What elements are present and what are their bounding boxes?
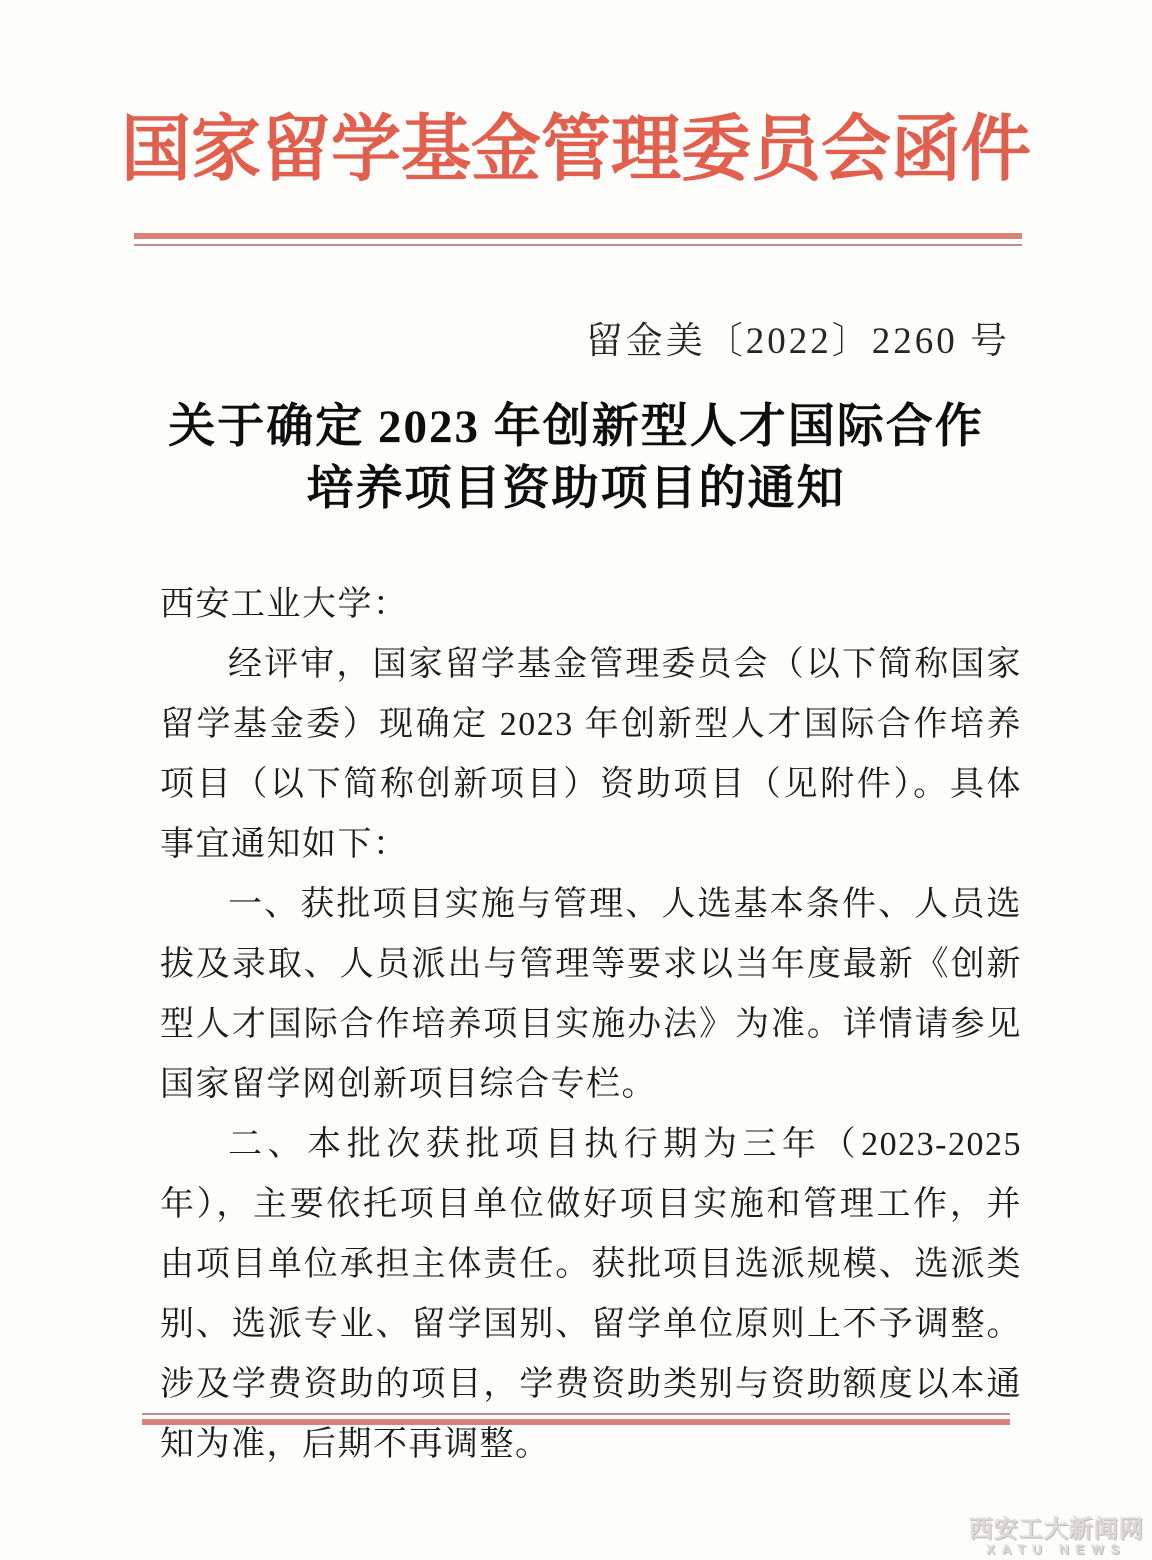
document-number: 留金美〔2022〕2260 号	[586, 310, 1010, 364]
document-title: 关于确定 2023 年创新型人才国际合作 培养项目资助项目的通知	[0, 396, 1152, 520]
salutation: 西安工业大学：	[160, 575, 1022, 635]
document-body: 西安工业大学： 经评审，国家留学基金管理委员会（以下简称国家留学基金委）现确定 …	[160, 575, 1022, 1475]
footer-rule-thick	[142, 1419, 1010, 1425]
watermark-latin-text: XATU NEWS	[969, 1542, 1144, 1557]
body-paragraph-1: 经评审，国家留学基金管理委员会（以下简称国家留学基金委）现确定 2023 年创新…	[160, 635, 1022, 875]
document-title-line1: 关于确定 2023 年创新型人才国际合作	[0, 396, 1152, 458]
news-site-watermark: 西安工大新闻网 XATU NEWS	[969, 1518, 1144, 1557]
official-letter-page: 国家留学基金管理委员会函件 留金美〔2022〕2260 号 关于确定 2023 …	[0, 0, 1152, 1560]
header-rule-thin	[134, 244, 1022, 246]
watermark-chinese-text: 西安工大新闻网	[969, 1518, 1144, 1542]
letterhead-title: 国家留学基金管理委员会函件	[0, 91, 1152, 196]
footer-double-rule	[142, 1413, 1010, 1425]
body-paragraph-2: 一、获批项目实施与管理、人选基本条件、人员选拔及录取、人员派出与管理等要求以当年…	[160, 875, 1022, 1115]
header-double-rule	[134, 233, 1022, 246]
document-title-line2: 培养项目资助项目的通知	[0, 458, 1152, 520]
